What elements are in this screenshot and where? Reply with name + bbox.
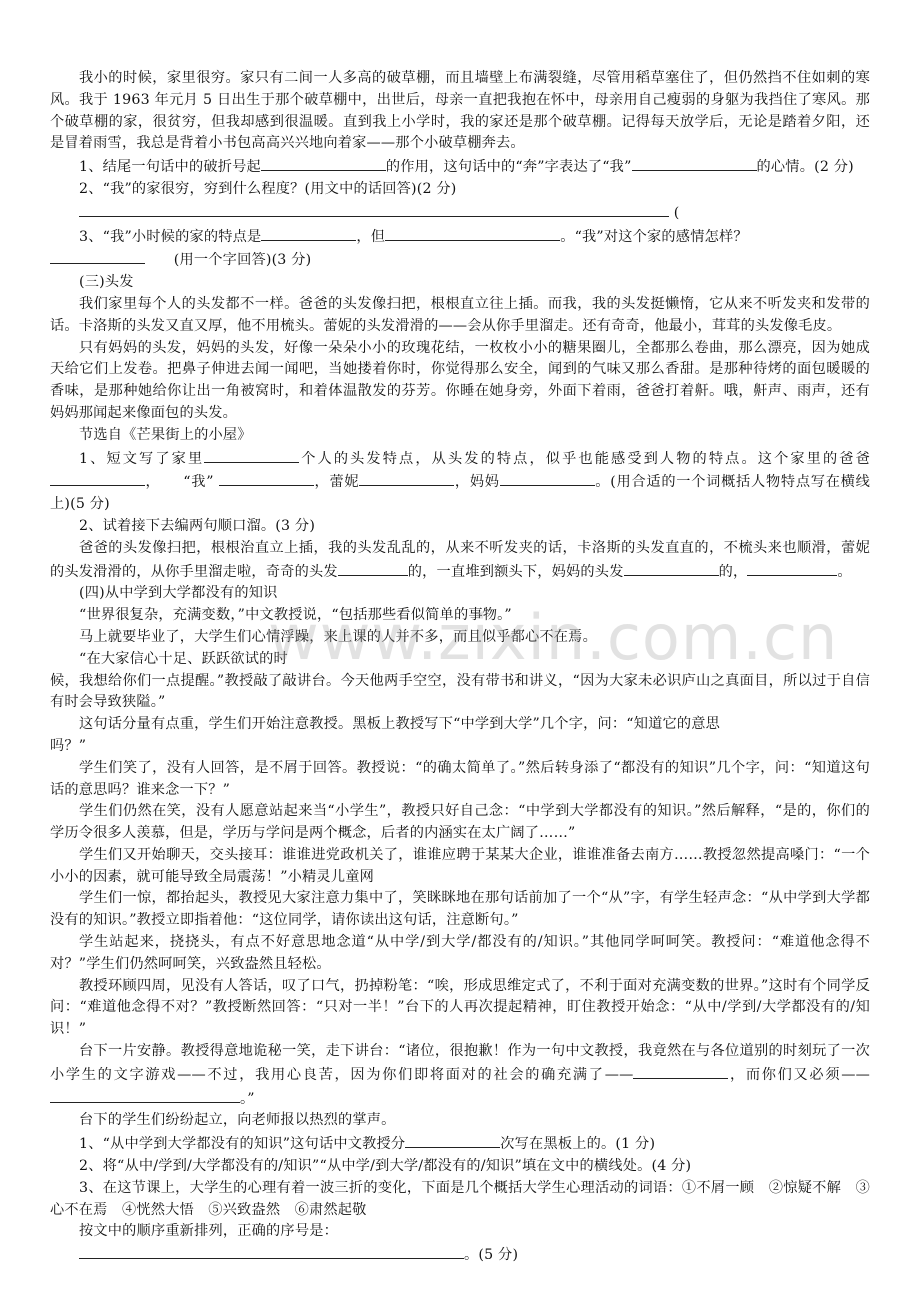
question-1: 1、“从中学到大学都没有的知识”这句话中文教授分次写在黑板上的。(1 分) [50,1132,870,1156]
passage-paragraph: 学生们笑了，没有人回答，是不屑于回答。教授说：“的确太简单了。”然后转身添了“都… [50,758,870,802]
answer-blank[interactable] [79,1243,464,1259]
answer-blank[interactable] [500,470,595,486]
passage-paragraph: 学生们一惊，都抬起头，教授见大家注意力集中了，笑眯眯地在那句话前加了一个“从”字… [50,888,870,932]
answer-blank[interactable] [359,470,454,486]
answer-blank[interactable] [261,155,386,171]
answer-blank[interactable] [204,447,299,463]
passage-paragraph: 教授环顾四周，见没有人答话，叹了口气，扔掉粉笔：“唉，形成思维定式了，不利于面对… [50,976,870,1041]
question-1: 1、结尾一句话中的破折号起的作用，这句话中的“奔”字表达了“我”的心情。(2 分… [50,155,870,179]
answer-blank[interactable] [633,1063,728,1079]
question-2: 2、试着接下去编两句顺口溜。(3 分) [50,516,870,538]
answer-blank[interactable] [261,225,356,241]
answer-blank[interactable] [385,225,560,241]
passage-paragraph: 学生们仍然在笑，没有人愿意站起来当“小学生”，教授只好自己念：“中学到大学都没有… [50,801,870,845]
answer-blank[interactable] [624,560,719,576]
passage-paragraph-cont: 候，我想给你们一点提醒。”教授敲了敲讲台。今天他两手空空，没有带书和讲义，“因为… [50,671,870,715]
passage-source: 节选自《芒果街上的小屋》 [50,425,870,447]
answer-blank[interactable] [338,560,408,576]
answer-blank[interactable] [747,560,837,576]
passage-paragraph: 学生们又开始聊天，交头接耳：谁谁进党政机关了，谁谁应聘于某某大企业，谁谁准备去南… [50,845,870,889]
question-3: 3、在这节课上，大学生的心理有着一波三折的变化，下面是几个概括大学生心理活动的词… [50,1178,870,1222]
passage-paragraph: 这句话分量有点重，学生们开始注意教授。黑板上教授写下“中学到大学”几个字，问：“… [50,714,870,736]
passage-paragraph: 学生站起来，挠挠头，有点不好意思地念道“从中学/到大学/都没有的/知识。”其他同… [50,932,870,976]
section-title-knowledge: (四)从中学到大学都没有的知识 [50,583,870,605]
passage-paragraph: “世界很复杂，充满变数，”中文教授说，“包括那些看似简单的事物。” [50,605,870,627]
passage-paragraph: 我们家里每个人的头发都不一样。爸爸的头发像扫把，根根直立往上插。而我，我的头发挺… [50,294,870,338]
answer-blank[interactable] [79,201,669,217]
question-2: 2、将“从中/学到/大学都没有的/知识”“从中学/到大学/都没有的/知识”填在文… [50,1156,870,1178]
section-title-hair: (三)头发 [50,272,870,294]
question-2-body: 爸爸的头发像扫把，根根治直立上插，我的头发乱乱的，从来不听发夹的话，卡洛斯的头发… [50,538,870,584]
passage-paragraph: “在大家信心十足、跃跃欲试的时 [50,649,870,671]
question-3-instruction: 按文中的顺序重新排列，正确的序号是： [50,1221,870,1243]
answer-blank[interactable] [50,470,145,486]
passage-paragraph: 我小的时候，家里很穷。家只有二间一人多高的破草棚，而且墙壁上布满裂缝，尽管用稻草… [50,68,870,155]
answer-blank[interactable] [632,155,757,171]
answer-blank[interactable] [219,470,314,486]
answer-blank[interactable] [50,248,145,264]
document-page: 我小的时候，家里很穷。家只有二间一人多高的破草棚，而且墙壁上布满裂缝，尽管用稻草… [50,68,870,1267]
passage-paragraph: 马上就要毕业了，大学生们心情浮躁，来上课的人并不多，而且似乎都心不在焉。 [50,627,870,649]
passage-paragraph: 台下的学生们纷纷起立，向老师报以热烈的掌声。 [50,1110,870,1132]
question-3-answer-line: 。(5 分) [50,1243,870,1267]
answer-blank[interactable] [405,1132,500,1148]
question-2-answer-line: ( [50,201,870,225]
question-1: 1、短文写了家里个人的头发特点，从头发的特点，似乎也能感受到人物的特点。这个家里… [50,447,870,516]
answer-blank[interactable] [50,1087,240,1103]
passage-paragraph: 只有妈妈的头发，妈妈的头发，好像一朵朵小小的玫瑰花结，一枚枚小小的糖果圈儿，全都… [50,338,870,425]
question-3: 3、“我”小时候的家的特点是，但。“我”对这个家的感情怎样？ [50,225,870,249]
question-2: 2、“我”的家很穷，穷到什么程度？(用文中的话回答)(2 分) [50,179,870,201]
passage-paragraph-blanks: 台下一片安静。教授得意地诡秘一笑，走下讲台：“诸位，很抱歉！作为一句中文教授，我… [50,1041,870,1110]
question-3-cont: (用一个字回答)(3 分) [50,248,870,272]
passage-paragraph-cont: 吗？” [50,736,870,758]
